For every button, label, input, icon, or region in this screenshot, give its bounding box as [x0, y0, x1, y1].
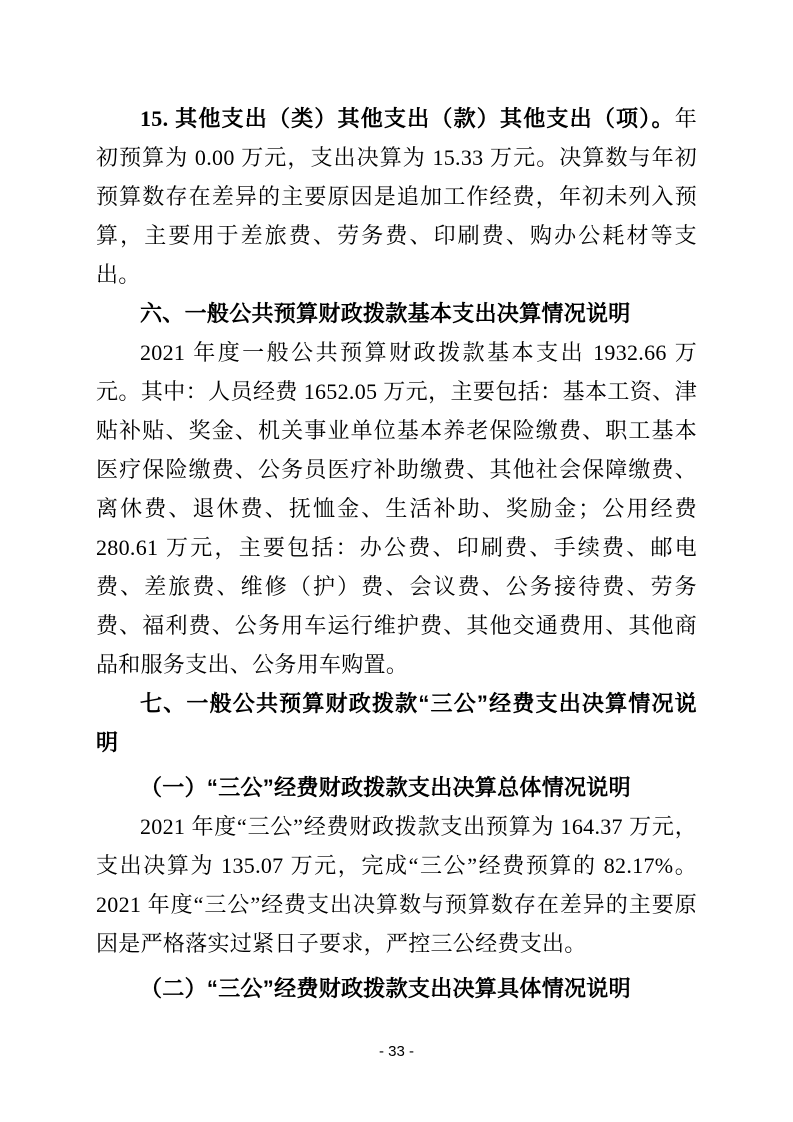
para-other-expenditure: 15. 其他支出（类）其他支出（款）其他支出（项）。年初预算为 0.00 万元，…: [96, 99, 697, 294]
document-content: 15. 其他支出（类）其他支出（款）其他支出（项）。年初预算为 0.00 万元，…: [96, 99, 697, 1008]
para-other-expenditure-body: 年初预算为 0.00 万元，支出决算为 15.33 万元。决算数与年初预算数存在…: [96, 106, 697, 287]
heading-section-6: 六、一般公共预算财政拨款基本支出决算情况说明: [96, 294, 697, 333]
page-number: - 33 -: [0, 1043, 793, 1060]
heading-section-7-2: （二）“三公”经费财政拨款支出决算具体情况说明: [96, 969, 697, 1008]
para-other-expenditure-lead: 15. 其他支出（类）其他支出（款）其他支出（项）。: [140, 106, 675, 131]
para-section-6: 2021 年度一般公共预算财政拨款基本支出 1932.66 万元。其中：人员经费…: [96, 333, 697, 684]
heading-section-7-1: （一）“三公”经费财政拨款支出决算总体情况说明: [96, 768, 697, 807]
document-page: 15. 其他支出（类）其他支出（款）其他支出（项）。年初预算为 0.00 万元，…: [0, 0, 793, 1122]
heading-section-7: 七、一般公共预算财政拨款“三公”经费支出决算情况说明: [96, 684, 697, 762]
para-section-7-1: 2021 年度“三公”经费财政拨款支出预算为 164.37 万元，支出决算为 1…: [96, 807, 697, 963]
